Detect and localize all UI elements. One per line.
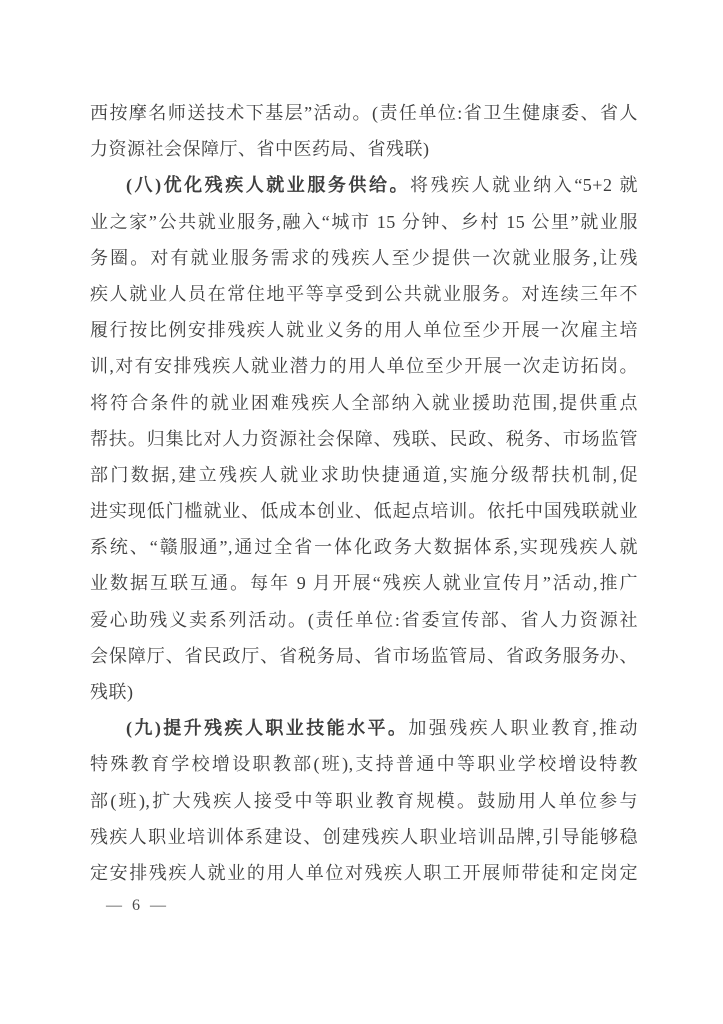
text-line: 业数据互联互通。每年 9 月开展“残疾人就业宣传月”活动,推广 bbox=[90, 565, 638, 601]
line-text: 会保障厅、省民政厅、省税务局、省市场监管局、省政务服务办、省 bbox=[90, 646, 638, 674]
text-line: 疾人就业人员在常住地平等享受到公共就业服务。对连续三年不 bbox=[90, 276, 638, 312]
line-text: 业数据互联互通。每年 9 月开展“残疾人就业宣传月”活动,推广 bbox=[90, 573, 638, 593]
text-line: 会保障厅、省民政厅、省税务局、省市场监管局、省政务服务办、省 bbox=[90, 638, 638, 674]
text-line: 特殊教育学校增设职教部(班),支持普通中等职业学校增设特教 bbox=[90, 746, 638, 782]
text-line: 业之家”公共就业服务,融入“城市 15 分钟、乡村 15 公里”就业服 bbox=[90, 204, 638, 240]
line-text: 将残疾人就业纳入“5+2 就 bbox=[410, 175, 638, 195]
line-text: 履行按比例安排残疾人就业义务的用人单位至少开展一次雇主培 bbox=[90, 320, 638, 340]
line-text: 特殊教育学校增设职教部(班),支持普通中等职业学校增设特教 bbox=[90, 754, 638, 774]
text-line: 务圈。对有就业服务需求的残疾人至少提供一次就业服务,让残 bbox=[90, 240, 638, 276]
text-line: 力资源社会保障厅、省中医药局、省残联) bbox=[90, 131, 638, 167]
line-text: 力资源社会保障厅、省中医药局、省残联) bbox=[90, 139, 430, 159]
line-text: 定安排残疾人就业的用人单位对残疾人职工开展师带徒和定岗定 bbox=[90, 863, 638, 883]
section-heading: (九)提升残疾人职业技能水平。 bbox=[126, 718, 408, 738]
text-line: (九)提升残疾人职业技能水平。加强残疾人职业教育,推动 bbox=[90, 710, 638, 746]
text-line: 将符合条件的就业困难残疾人全部纳入就业援助范围,提供重点 bbox=[90, 385, 638, 421]
text-line: 残疾人职业培训体系建设、创建残疾人职业培训品牌,引导能够稳 bbox=[90, 819, 638, 855]
text-line: 爱心助残义卖系列活动。(责任单位:省委宣传部、省人力资源社 bbox=[90, 602, 638, 638]
page-number: — 6 — bbox=[106, 896, 169, 916]
section-heading: (八)优化残疾人就业服务供给。 bbox=[126, 175, 410, 195]
line-text: 部门数据,建立残疾人就业求助快捷通道,实施分级帮扶机制,促 bbox=[90, 465, 638, 485]
line-text: 务圈。对有就业服务需求的残疾人至少提供一次就业服务,让残 bbox=[90, 248, 638, 268]
text-line: 系统、“赣服通”,通过全省一体化政务大数据体系,实现残疾人就 bbox=[90, 529, 638, 565]
text-line: 履行按比例安排残疾人就业义务的用人单位至少开展一次雇主培 bbox=[90, 312, 638, 348]
text-line: 残联) bbox=[90, 674, 638, 710]
text-line: (八)优化残疾人就业服务供给。将残疾人就业纳入“5+2 就 bbox=[90, 167, 638, 203]
line-text: 进实现低门槛就业、低成本创业、低起点培训。依托中国残联就业 bbox=[90, 501, 638, 521]
line-text: 疾人就业人员在常住地平等享受到公共就业服务。对连续三年不 bbox=[90, 284, 638, 304]
text-line: 帮扶。归集比对人力资源社会保障、残联、民政、税务、市场监管等 bbox=[90, 421, 638, 457]
line-text: 部(班),扩大残疾人接受中等职业教育规模。鼓励用人单位参与 bbox=[90, 791, 638, 811]
text-line: 部(班),扩大残疾人接受中等职业教育规模。鼓励用人单位参与 bbox=[90, 783, 638, 819]
line-text: 加强残疾人职业教育,推动 bbox=[408, 718, 638, 738]
line-text: 残联) bbox=[90, 682, 134, 702]
document-body: 西按摩名师送技术下基层”活动。(责任单位:省卫生健康委、省人力资源社会保障厅、省… bbox=[90, 95, 638, 891]
line-text: 爱心助残义卖系列活动。(责任单位:省委宣传部、省人力资源社 bbox=[90, 610, 638, 630]
text-line: 西按摩名师送技术下基层”活动。(责任单位:省卫生健康委、省人 bbox=[90, 95, 638, 131]
text-line: 训,对有安排残疾人就业潜力的用人单位至少开展一次走访拓岗。 bbox=[90, 348, 638, 384]
line-text: 西按摩名师送技术下基层”活动。(责任单位:省卫生健康委、省人 bbox=[90, 103, 638, 123]
text-line: 定安排残疾人就业的用人单位对残疾人职工开展师带徒和定岗定 bbox=[90, 855, 638, 891]
text-line: 部门数据,建立残疾人就业求助快捷通道,实施分级帮扶机制,促 bbox=[90, 457, 638, 493]
line-text: 帮扶。归集比对人力资源社会保障、残联、民政、税务、市场监管等 bbox=[90, 429, 638, 457]
line-text: 训,对有安排残疾人就业潜力的用人单位至少开展一次走访拓岗。 bbox=[90, 356, 638, 376]
line-text: 残疾人职业培训体系建设、创建残疾人职业培训品牌,引导能够稳 bbox=[90, 827, 638, 847]
text-line: 进实现低门槛就业、低成本创业、低起点培训。依托中国残联就业 bbox=[90, 493, 638, 529]
document-page: 西按摩名师送技术下基层”活动。(责任单位:省卫生健康委、省人力资源社会保障厅、省… bbox=[0, 0, 723, 1024]
line-text: 系统、“赣服通”,通过全省一体化政务大数据体系,实现残疾人就 bbox=[90, 537, 638, 557]
line-text: 将符合条件的就业困难残疾人全部纳入就业援助范围,提供重点 bbox=[90, 393, 638, 413]
line-text: 业之家”公共就业服务,融入“城市 15 分钟、乡村 15 公里”就业服 bbox=[90, 212, 638, 232]
